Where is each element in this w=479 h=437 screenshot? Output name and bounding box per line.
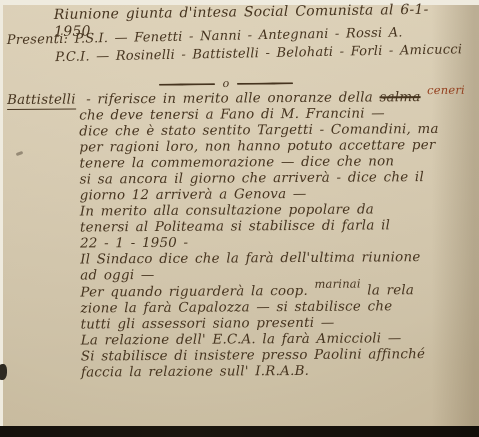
manuscript-line: Si stabilisce di insistere presso Paolin… [9,347,475,366]
manuscript-line: Il Sindaco dice che la farà dell'ultima … [8,250,474,269]
speaker-name: Battistelli [7,93,76,110]
scan-edge-shadow [0,426,479,437]
manuscript-line: Battistelli - riferisce in merito alle o… [7,89,473,109]
insertion-post-text: la rela [367,283,414,298]
manuscript-line: faccia la relazione sull' I.R.A.B. [9,363,475,382]
divider-dash-left [159,83,215,86]
manuscript-line-with-insertion: Per quando riguarderà la coop. marinai l… [8,282,474,302]
divider-dash-right [237,82,293,85]
manuscript-line: si sa ancora il giorno che arriverà - di… [8,170,474,189]
struck-word: salma [379,90,420,105]
meeting-report: Battistelli - riferisce in merito alle o… [7,89,475,382]
divider-ornament: o [223,79,230,89]
scanned-manuscript-page: Riunione giunta d'intesa Social Comunist… [0,0,479,437]
attendees-label: Presenti: [7,32,69,48]
manuscript-line: per ragioni loro, non hanno potuto accet… [7,138,473,157]
inserted-word: marinai [314,276,360,292]
insertion-pre-text: Per quando riguarderà la coop. [80,284,308,301]
torn-corner [409,378,479,428]
opening-text: - riferisce in merito alle onoranze dell… [86,90,373,107]
inserted-correction: ceneri [427,82,465,98]
